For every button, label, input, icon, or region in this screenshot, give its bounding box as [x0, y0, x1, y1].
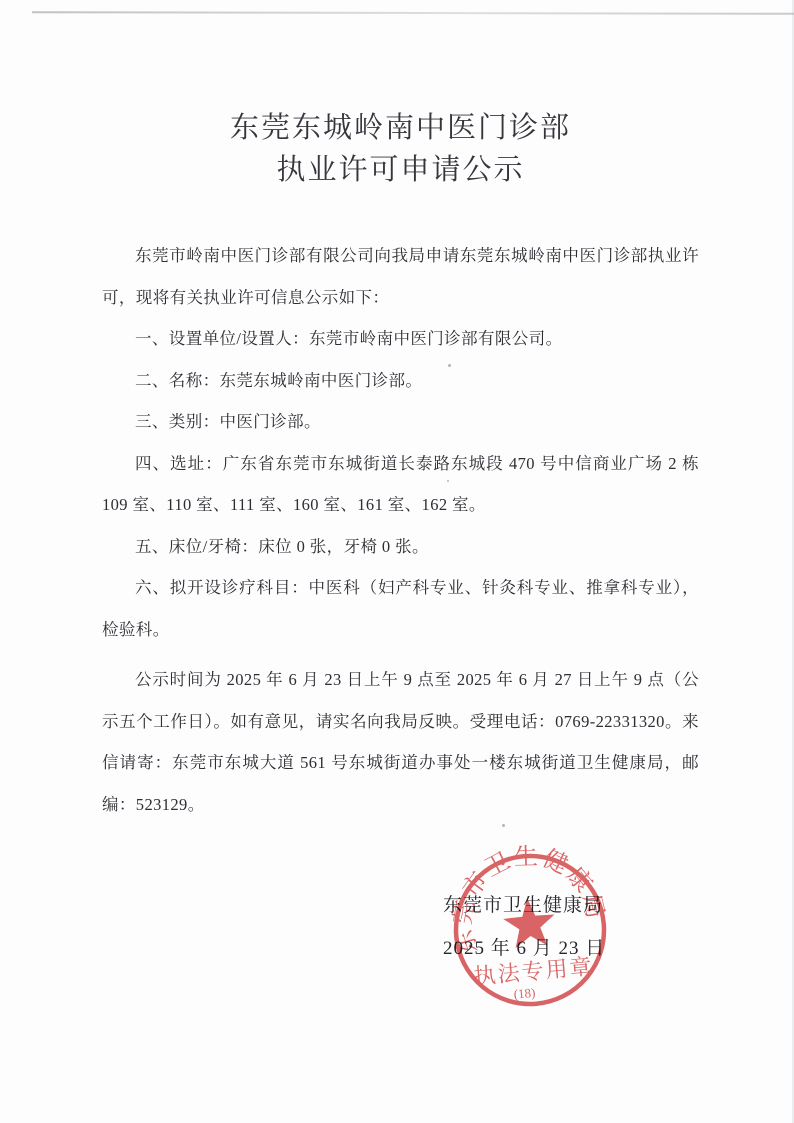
document-title: 东莞东城岭南中医门诊部 执业许可申请公示 — [102, 107, 699, 191]
closing-paragraph: 公示时间为 2025 年 6 月 23 日上午 9 点至 2025 年 6 月 … — [102, 659, 699, 825]
document-body: 东莞市岭南中医门诊部有限公司向我局申请东莞东城岭南中医门诊部执业许可，现将有关执… — [102, 235, 699, 825]
document-title-line1: 东莞东城岭南中医门诊部 — [230, 112, 571, 144]
document-title-line2: 执业许可申请公示 — [276, 154, 524, 186]
signature-date: 2025 年 6 月 23 日 — [443, 927, 605, 970]
signature-org: 东莞市卫生健康局 — [443, 884, 605, 927]
notice-item-1: 一、设置单位/设置人：东莞市岭南中医门诊部有限公司。 — [102, 318, 699, 360]
scanned-document-page: 东莞东城岭南中医门诊部 执业许可申请公示 东莞市岭南中医门诊部有限公司向我局申请… — [0, 0, 794, 1123]
stamp-number: (18) — [513, 985, 536, 1002]
document-content: 东莞东城岭南中医门诊部 执业许可申请公示 东莞市岭南中医门诊部有限公司向我局申请… — [0, 0, 794, 825]
notice-item-6: 六、拟开设诊疗科目：中医科（妇产科专业、针灸科专业、推拿科专业），检验科。 — [102, 567, 699, 650]
notice-item-4: 四、选址：广东省东莞市东城街道长泰路东城段 470 号中信商业广场 2 栋 10… — [102, 443, 699, 526]
signature-block: 东莞市卫生健康局 2025 年 6 月 23 日 — [443, 884, 605, 970]
notice-item-3: 三、类别：中医门诊部。 — [102, 401, 699, 443]
notice-item-2: 二、名称：东莞东城岭南中医门诊部。 — [102, 360, 699, 402]
intro-paragraph: 东莞市岭南中医门诊部有限公司向我局申请东莞东城岭南中医门诊部执业许可，现将有关执… — [102, 235, 699, 318]
notice-item-5: 五、床位/牙椅：床位 0 张，牙椅 0 张。 — [102, 526, 699, 568]
